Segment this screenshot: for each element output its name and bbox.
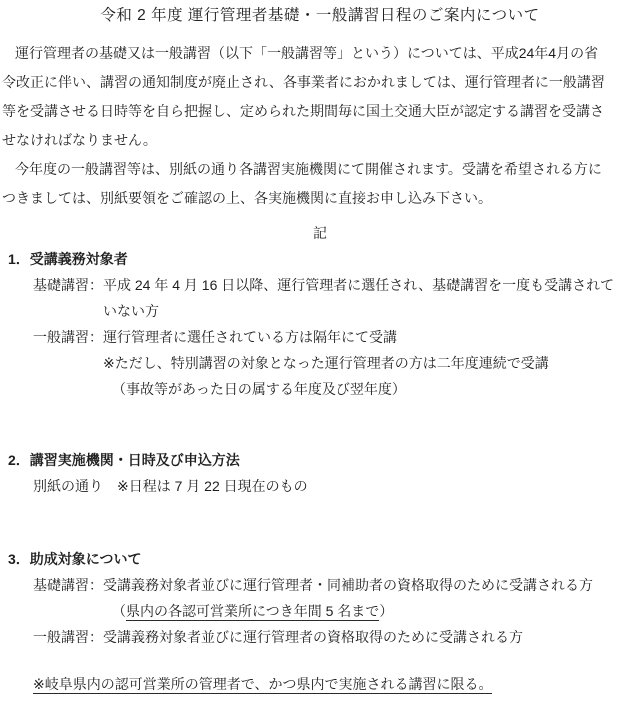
intro-paragraph-1: 運行管理者の基礎又は一般講習（以下「一般講習等」という）については、平成24年4… bbox=[2, 39, 640, 155]
section-1-kiso-line-1: 基礎講習：平成 24 年 4 月 16 日以降、運行管理者に選任され、基礎講習を… bbox=[33, 272, 640, 298]
document-page: 令和 2 年度 運行管理者基礎・一般講習日程のご案内について 運行管理者の基礎又… bbox=[0, 0, 640, 702]
section-3-kiso-note: （県内の各認可営業所につき年間 5 名まで） bbox=[112, 598, 640, 624]
intro-line: 運行管理者の基礎又は一般講習（以下「一般講習等」という）については、平成24年4… bbox=[2, 39, 640, 68]
section-1: 1．受講義務対象者 基礎講習：平成 24 年 4 月 16 日以降、運行管理者に… bbox=[0, 246, 640, 402]
intro-line: 今年度の一般講習等は、別紙の通り各講習実施機関にて開催されます。受講を希望される… bbox=[2, 155, 640, 184]
bottom-note-underlined-text: ※岐阜県内の認可営業所の管理者で、かつ県内で実施される講習に限る。 bbox=[33, 676, 492, 694]
section-3-kiso-line: 基礎講習：受講義務対象者並びに運行管理者・同補助者の資格取得のために受講される方 bbox=[33, 572, 640, 598]
section-1-heading: 1．受講義務対象者 bbox=[8, 246, 640, 272]
intro-line: せなければなりません。 bbox=[2, 126, 640, 155]
section-1-ippan-line: 一般講習：運行管理者に選任されている方は隔年にて受講 bbox=[33, 324, 640, 350]
kiso-note-underlined-text: 県内の各認可営業所につき年間 5 名まで bbox=[126, 603, 379, 621]
section-2-heading: 2．講習実施機関・日時及び申込方法 bbox=[8, 447, 640, 473]
ki-marker: 記 bbox=[0, 220, 640, 246]
section-2: 2．講習実施機関・日時及び申込方法 別紙の通り ※日程は 7 月 22 日現在の… bbox=[0, 447, 640, 499]
kiso-note-open-paren: （ bbox=[112, 603, 126, 619]
intro-line: つきましては、別紙要領をご確認の上、各実施機関に直接お申し込み下さい。 bbox=[2, 184, 640, 213]
section-1-note-line-1: ※ただし、特別講習の対象となった運行管理者の方は二年度連続で受講 bbox=[103, 350, 640, 376]
section-3-heading: 3．助成対象について bbox=[8, 546, 640, 572]
section-3: 3．助成対象について 基礎講習：受講義務対象者並びに運行管理者・同補助者の資格取… bbox=[0, 546, 640, 697]
section-1-note-line-2: （事故等があった日の属する年度及び翌年度） bbox=[112, 376, 640, 402]
kiso-note-close-paren: ） bbox=[379, 603, 393, 619]
section-2-body-line: 別紙の通り ※日程は 7 月 22 日現在のもの bbox=[33, 473, 640, 499]
section-1-kiso-line-2: いない方 bbox=[103, 298, 640, 324]
document-title: 令和 2 年度 運行管理者基礎・一般講習日程のご案内について bbox=[0, 5, 640, 26]
section-3-bottom-note: ※岐阜県内の認可営業所の管理者で、かつ県内で実施される講習に限る。 bbox=[33, 671, 640, 697]
section-3-ippan-line: 一般講習：受講義務対象者並びに運行管理者の資格取得のために受講される方 bbox=[33, 624, 640, 650]
intro-paragraph-2: 今年度の一般講習等は、別紙の通り各講習実施機関にて開催されます。受講を希望される… bbox=[2, 155, 640, 213]
intro-line: 等を受講させる日時等を自ら把握し、定められた期間毎に国土交通大臣が認定する講習を… bbox=[2, 97, 640, 126]
intro-line: 令改正に伴い、講習の通知制度が廃止され、各事業者におかれましては、運行管理者に一… bbox=[2, 68, 640, 97]
